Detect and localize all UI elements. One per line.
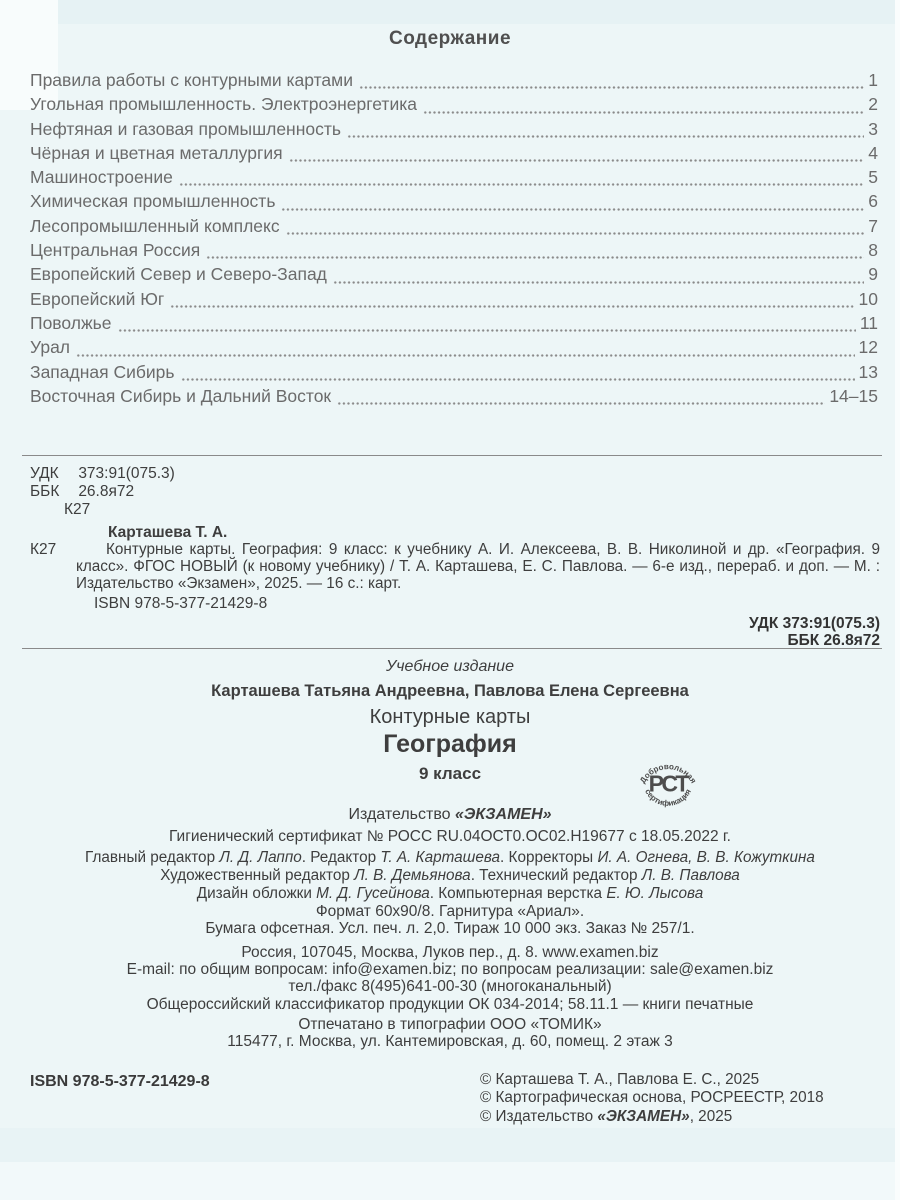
horizontal-rule-bottom [22,648,882,649]
toc-leader-dots [76,354,855,357]
toc-entry-label: Западная Сибирь [30,362,175,383]
toc-entry-label: Центральная Россия [30,240,200,261]
catalog-entry-code: К27 [30,541,56,559]
authors-full-names: Карташева Татьяна Андреевна, Павлова Еле… [0,682,900,701]
text-run: . Компьютерная верстка [430,885,607,902]
toc-entry-page: 8 [868,240,878,261]
toc-entry-label: Машиностроение [30,167,173,188]
publisher-address-line: Россия, 107045, Москва, Луков пер., д. 8… [0,944,900,962]
toc-entry: Химическая промышленность 6 [30,191,878,215]
toc-title: Содержание [0,28,900,50]
toc-entry: Восточная Сибирь и Дальний Восток 14–15 [30,386,878,410]
text-run: . Редактор [302,849,381,866]
footer-isbn: ISBN 978-5-377-21429-8 [30,1073,210,1091]
text-run: © Издательство [480,1108,597,1125]
text-run: Е. Ю. Лысова [606,885,703,902]
toc-entry-page: 6 [868,191,878,212]
toc-leader-dots [170,305,854,308]
toc-entry-label: Европейский Север и Северо-Запад [30,264,327,285]
toc-entry-page: 2 [868,94,878,115]
classifier-line: Общероссийский классификатор продукции О… [0,996,900,1014]
printed-by-line: Отпечатано в типографии ООО «ТОМИК» [0,1016,900,1034]
toc-entry: Угольная промышленность. Электроэнергети… [30,94,878,118]
udk-value: 373:91(075.3) [78,465,175,482]
toc-leader-dots [181,378,855,381]
toc-entry: Европейский Север и Северо-Запад 9 [30,264,878,288]
toc-entry: Центральная Россия 8 [30,240,878,264]
udk-line: УДК 373:91(075.3) [30,465,175,483]
toc-entry-label: Чёрная и цветная металлургия [30,143,283,164]
toc-entry-label: Правила работы с контурными картами [30,70,353,91]
toc-entry: Лесопромышленный комплекс 7 [30,216,878,240]
toc-entry: Чёрная и цветная металлургия 4 [30,143,878,167]
decorative-area-bottom [0,1162,900,1200]
toc-entry-label: Урал [30,337,70,358]
toc-entry-page: 12 [859,337,878,358]
text-run: Л. Д. Лаппо [219,849,301,866]
toc-entry-page: 13 [859,362,878,383]
toc-entry: Европейский Юг 10 [30,289,878,313]
toc-entry: Нефтяная и газовая промышленность 3 [30,119,878,143]
email-line: E-mail: по общим вопросам: info@examen.b… [0,961,900,979]
catalog-description-block: К27 Контурные карты. География: 9 класс:… [30,541,880,593]
book-title: География [0,730,900,759]
toc-entry: Урал 12 [30,337,878,361]
toc-entry: Машиностроение 5 [30,167,878,191]
toc-leader-dots [206,256,864,259]
text-run: , 2025 [690,1108,733,1125]
catalog-author-heading: Карташева Т. А. [108,524,227,542]
staff-line-art-editor: Художественный редактор Л. В. Демьянова.… [0,867,900,885]
paper-line: Бумага офсетная. Усл. печ. л. 2,0. Тираж… [0,920,900,938]
toc-entry: Правила работы с контурными картами 1 [30,70,878,94]
toc-leader-dots [423,111,864,114]
format-line: Формат 60х90/8. Гарнитура «Ариал». [0,903,900,921]
toc-entry-page: 10 [859,289,878,310]
toc-entry-label: Нефтяная и газовая промышленность [30,119,341,140]
printer-address-line: 115477, г. Москва, ул. Кантемировская, д… [0,1033,900,1051]
text-run: И. А. Огнева, В. В. Кожуткина [597,849,815,866]
publisher-name: «ЭКЗАМЕН» [597,1108,689,1125]
text-run: . Технический редактор [471,867,642,884]
text-run: Л. В. Павлова [642,867,740,884]
rst-certification-logo: Добровольная сертификация РСТ [633,749,703,819]
rst-logo-monogram: РСТ [649,771,690,797]
text-run: М. Д. Гусейнова [316,885,430,902]
toc-list: Правила работы с контурными картами 1 Уг… [30,70,878,410]
toc-entry: Поволжье 11 [30,313,878,337]
toc-entry-label: Восточная Сибирь и Дальний Восток [30,386,331,407]
toc-leader-dots [286,232,865,235]
toc-leader-dots [333,281,864,284]
toc-entry-page: 7 [868,216,878,237]
toc-leader-dots [289,159,865,162]
decorative-band-bottom [0,1128,900,1162]
bbk-value: 26.8я72 [78,483,134,500]
bbk-label: ББК [30,483,74,501]
decorative-band-top [0,0,900,24]
toc-leader-dots [359,86,864,89]
catalog-description: Контурные карты. География: 9 класс: к у… [76,541,880,593]
staff-line-design: Дизайн обложки М. Д. Гусейнова. Компьюте… [0,885,900,903]
catalog-isbn: ISBN 978-5-377-21429-8 [94,595,267,613]
toc-entry-label: Химическая промышленность [30,191,275,212]
toc-entry-label: Поволжье [30,313,112,334]
catalog-code: К27 [64,501,90,519]
toc-entry: Западная Сибирь 13 [30,362,878,386]
publisher-line: Издательство «ЭКЗАМЕН» [0,806,900,824]
udk-label: УДК [30,465,74,483]
toc-leader-dots [347,135,864,138]
toc-entry-page: 4 [868,143,878,164]
copyright-authors: © Карташева Т. А., Павлова Е. С., 2025 [480,1071,824,1089]
toc-entry-page: 9 [868,264,878,285]
toc-leader-dots [179,183,864,186]
toc-entry-label: Европейский Юг [30,289,164,310]
toc-entry-label: Лесопромышленный комплекс [30,216,280,237]
text-run: Главный редактор [85,849,219,866]
toc-leader-dots [118,329,856,332]
edition-type: Учебное издание [0,658,900,676]
toc-entry-page: 14–15 [829,386,878,407]
staff-line-editors: Главный редактор Л. Д. Лаппо. Редактор Т… [0,849,900,867]
copyright-publisher: © Издательство «ЭКЗАМЕН», 2025 [480,1108,824,1126]
grade-label: 9 класс [0,764,900,784]
text-run: Т. А. Карташева [380,849,500,866]
toc-entry-page: 11 [860,313,878,334]
hygiene-certificate-line: Гигиенический сертификат № РОСС RU.04ОСТ… [0,828,900,846]
scanned-book-page: Содержание Правила работы с контурными к… [0,0,900,1200]
toc-leader-dots [281,208,864,211]
udk-right: УДК 373:91(075.3) [749,615,880,633]
toc-leader-dots [337,402,825,405]
copyright-block: © Карташева Т. А., Павлова Е. С., 2025 ©… [480,1071,824,1126]
text-run: Дизайн обложки [197,885,316,902]
text-run: . Корректоры [500,849,597,866]
toc-entry-page: 3 [868,119,878,140]
toc-entry-label: Угольная промышленность. Электроэнергети… [30,94,417,115]
series-title: Контурные карты [0,706,900,729]
text-run: Издательство [348,806,455,823]
horizontal-rule-top [22,455,882,456]
publisher-name: «ЭКЗАМЕН» [455,806,552,823]
phone-line: тел./факс 8(495)641-00-30 (многоканальны… [0,978,900,996]
toc-entry-page: 1 [868,70,878,91]
text-run: Л. В. Демьянова [354,867,471,884]
bbk-line: ББК 26.8я72 [30,483,134,501]
copyright-map-base: © Картографическая основа, РОСРЕЕСТР, 20… [480,1089,824,1107]
text-run: Художественный редактор [160,867,354,884]
toc-entry-page: 5 [868,167,878,188]
